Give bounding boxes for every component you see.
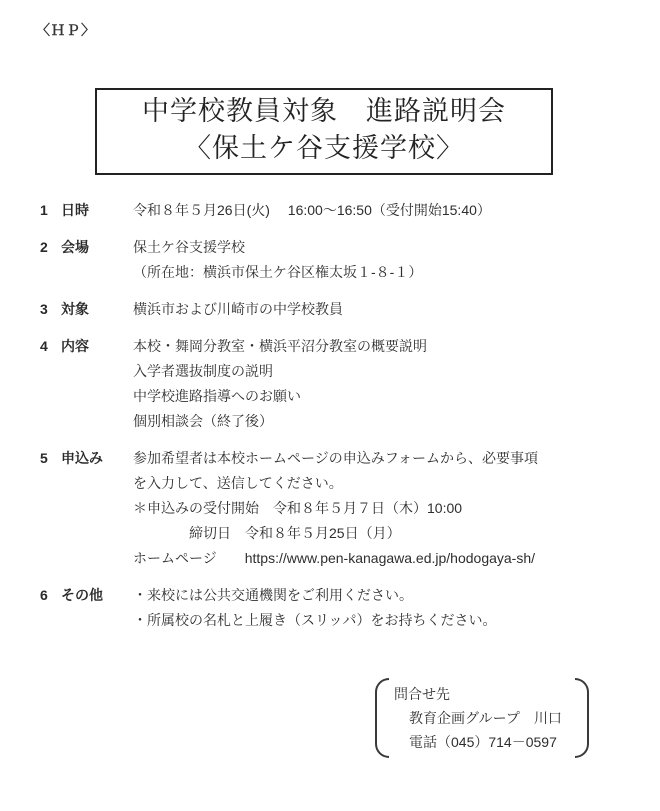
item-label: 対象	[61, 297, 133, 322]
items-list: 1 日時 令和８年５月26日(火) 16:00～16:50（受付開始15:40）…	[40, 198, 656, 645]
hp-note: 〈ＨＰ〉	[36, 20, 96, 40]
title-main: 中学校教員対象 進路説明会	[97, 93, 551, 130]
item-line: 入学者選抜制度の説明	[133, 359, 656, 384]
item-line: 令和８年５月26日(火) 16:00～16:50（受付開始15:40）	[133, 198, 656, 223]
item-line: 締切日 令和８年５月25日（月）	[133, 521, 656, 546]
item-content: 横浜市および川崎市の中学校教員	[133, 297, 656, 322]
item-line: ＊申込みの受付開始 令和８年５月７日（木）10:00	[133, 496, 656, 521]
item-label: 会場	[61, 235, 133, 260]
contact-bracket-right	[575, 678, 589, 758]
item-label: 内容	[61, 334, 133, 359]
item-content: 令和８年５月26日(火) 16:00～16:50（受付開始15:40）	[133, 198, 656, 223]
item-content: ・来校には公共交通機関をご利用ください。 ・所属校の名札と上履き（スリッパ）をお…	[133, 583, 656, 633]
contact-text: 問合せ先 教育企画グループ 川口 電話（045）714－0597	[389, 678, 575, 758]
item-content: 参加希望者は本校ホームページの申込みフォームから、必要事項 を入力して、送信して…	[133, 446, 656, 571]
item-line: を入力して、送信してください。	[133, 471, 656, 496]
contact-group: 教育企画グループ 川口	[394, 706, 575, 730]
item-number: 4	[40, 334, 61, 359]
item-line: ・来校には公共交通機関をご利用ください。	[133, 583, 656, 608]
item-line: 参加希望者は本校ホームページの申込みフォームから、必要事項	[133, 446, 656, 471]
item-line: 保土ケ谷支援学校	[133, 235, 656, 260]
item-line: 横浜市および川崎市の中学校教員	[133, 297, 656, 322]
item-line: （所在地：横浜市保土ケ谷区権太坂１-８-１）	[133, 260, 656, 285]
item-label: 申込み	[61, 446, 133, 471]
section-item-application: 5 申込み 参加希望者は本校ホームページの申込みフォームから、必要事項 を入力し…	[40, 446, 656, 571]
item-label: その他	[61, 583, 133, 608]
item-number: 6	[40, 583, 61, 608]
contact-phone: 電話（045）714－0597	[394, 730, 575, 754]
section-item-venue: 2 会場 保土ケ谷支援学校 （所在地：横浜市保土ケ谷区権太坂１-８-１）	[40, 235, 656, 285]
item-number: 3	[40, 297, 61, 322]
item-line: ・所属校の名札と上履き（スリッパ）をお持ちください。	[133, 608, 656, 633]
item-content: 本校・舞岡分教室・横浜平沼分教室の概要説明 入学者選抜制度の説明 中学校進路指導…	[133, 334, 656, 434]
title-sub: 〈保土ケ谷支援学校〉	[97, 130, 551, 167]
section-item-contents: 4 内容 本校・舞岡分教室・横浜平沼分教室の概要説明 入学者選抜制度の説明 中学…	[40, 334, 656, 434]
contact-bracket-left	[375, 678, 389, 758]
contact-box: 問合せ先 教育企画グループ 川口 電話（045）714－0597	[375, 678, 589, 758]
homepage-url: ホームページ https://www.pen-kanagawa.ed.jp/ho…	[133, 546, 656, 571]
section-item-other: 6 その他 ・来校には公共交通機関をご利用ください。 ・所属校の名札と上履き（ス…	[40, 583, 656, 633]
item-number: 1	[40, 198, 61, 223]
contact-heading: 問合せ先	[394, 682, 575, 706]
item-label: 日時	[61, 198, 133, 223]
item-line: 個別相談会（終了後）	[133, 409, 656, 434]
item-number: 5	[40, 446, 61, 471]
item-line: 本校・舞岡分教室・横浜平沼分教室の概要説明	[133, 334, 656, 359]
item-line: 中学校進路指導へのお願い	[133, 384, 656, 409]
section-item-audience: 3 対象 横浜市および川崎市の中学校教員	[40, 297, 656, 322]
item-content: 保土ケ谷支援学校 （所在地：横浜市保土ケ谷区権太坂１-８-１）	[133, 235, 656, 285]
section-item-datetime: 1 日時 令和８年５月26日(火) 16:00～16:50（受付開始15:40）	[40, 198, 656, 223]
item-number: 2	[40, 235, 61, 260]
title-box: 中学校教員対象 進路説明会 〈保土ケ谷支援学校〉	[95, 88, 553, 175]
